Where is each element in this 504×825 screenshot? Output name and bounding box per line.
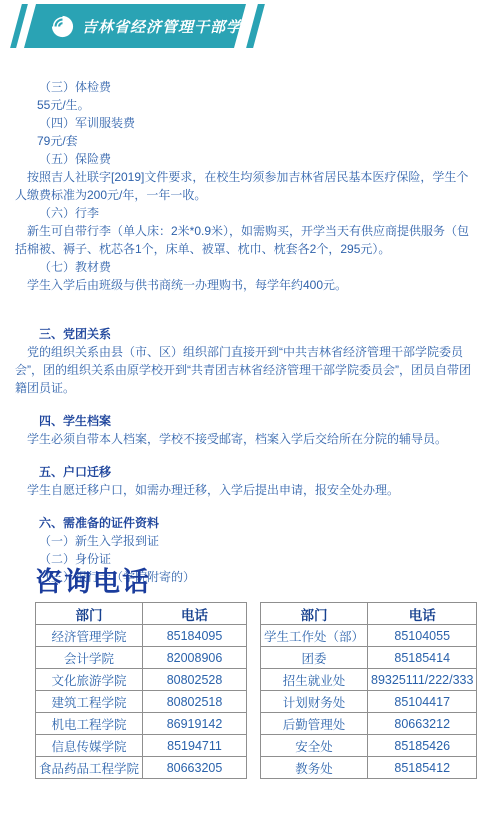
banner-stripe-left — [10, 4, 28, 48]
phone-table: 部门电话学生工作处（部）85104055团委85185414招生就业处89325… — [260, 602, 477, 779]
table-row: 教务处85185412 — [261, 757, 477, 779]
phone-cell: 85185412 — [368, 757, 477, 779]
phone-cell: 89325111/222/333 — [368, 669, 477, 691]
text-line — [15, 397, 477, 412]
phone-table: 部门电话经济管理学院85184095会计学院82008906文化旅游学院8080… — [35, 602, 247, 779]
department-cell: 信息传媒学院 — [36, 735, 143, 757]
text-line: （三）体检费 — [15, 78, 477, 96]
phone-cell: 85104417 — [368, 691, 477, 713]
department-cell: 后勤管理处 — [261, 713, 368, 735]
phone-cell: 80802518 — [143, 691, 247, 713]
text-line: 79元/套 — [15, 132, 477, 150]
section-heading: 四、学生档案 — [15, 412, 477, 430]
phone-cell: 85185426 — [368, 735, 477, 757]
phone-cell: 85194711 — [143, 735, 247, 757]
text-line: 学生必须自带本人档案，学校不接受邮寄，档案入学后交给所在分院的辅导员。 — [15, 430, 477, 448]
body-text: （三）体检费55元/生。（四）军训服装费79元/套（五）保险费按照吉人社联字[2… — [15, 78, 477, 586]
table-row: 机电工程学院86919142 — [36, 713, 247, 735]
text-line: 新生可自带行李（单人床：2米*0.9米），如需购买，开学当天有供应商提供服务（包… — [15, 222, 477, 258]
column-header: 部门 — [261, 603, 368, 625]
section-heading: 六、需准备的证件资料 — [15, 514, 477, 532]
department-cell: 教务处 — [261, 757, 368, 779]
school-logo-icon — [50, 14, 75, 39]
table-row: 招生就业处89325111/222/333 — [261, 669, 477, 691]
table-row: 经济管理学院85184095 — [36, 625, 247, 647]
department-cell: 经济管理学院 — [36, 625, 143, 647]
phone-cell: 80663205 — [143, 757, 247, 779]
text-line: （一）新生入学报到证 — [15, 532, 477, 550]
table-header-row: 部门电话 — [261, 603, 477, 625]
department-cell: 文化旅游学院 — [36, 669, 143, 691]
phone-tables: 部门电话经济管理学院85184095会计学院82008906文化旅游学院8080… — [35, 602, 477, 779]
department-cell: 建筑工程学院 — [36, 691, 143, 713]
text-line: 学生自愿迁移户口，如需办理迁移，入学后提出申请，报安全处办理。 — [15, 481, 477, 499]
table-row: 计划财务处85104417 — [261, 691, 477, 713]
department-cell: 招生就业处 — [261, 669, 368, 691]
phone-cell: 86919142 — [143, 713, 247, 735]
table-row: 会计学院82008906 — [36, 647, 247, 669]
phone-cell: 82008906 — [143, 647, 247, 669]
phone-cell: 85185414 — [368, 647, 477, 669]
banner-main: 吉林省经济管理干部学院 — [24, 4, 246, 48]
section-heading: 五、户口迁移 — [15, 463, 477, 481]
table-row: 后勤管理处80663212 — [261, 713, 477, 735]
department-cell: 安全处 — [261, 735, 368, 757]
text-line: （五）保险费 — [15, 150, 477, 168]
text-line: （七）教材费 — [15, 258, 477, 276]
text-line: 按照吉人社联字[2019]文件要求，在校生均须参加吉林省居民基本医疗保险，学生个… — [15, 168, 477, 204]
department-cell: 会计学院 — [36, 647, 143, 669]
table-row: 学生工作处（部）85104055 — [261, 625, 477, 647]
phone-cell: 80663212 — [368, 713, 477, 735]
section-heading: 三、党团关系 — [15, 325, 477, 343]
column-header: 电话 — [143, 603, 247, 625]
text-line: 学生入学后由班级与供书商统一办理购书，每学年约400元。 — [15, 276, 477, 294]
phone-cell: 85104055 — [368, 625, 477, 647]
department-cell: 机电工程学院 — [36, 713, 143, 735]
text-line: 55元/生。 — [15, 96, 477, 114]
column-header: 部门 — [36, 603, 143, 625]
phone-section-title: 咨询电话 — [35, 560, 151, 599]
school-name: 吉林省经济管理干部学院 — [82, 16, 258, 37]
text-line: （六）行李 — [15, 204, 477, 222]
phone-cell: 85184095 — [143, 625, 247, 647]
table-header-row: 部门电话 — [36, 603, 247, 625]
text-line — [15, 448, 477, 463]
text-line: 党的组织关系由县（市、区）组织部门直接开到“中共吉林省经济管理干部学院委员会”，… — [15, 343, 477, 397]
table-row: 文化旅游学院80802528 — [36, 669, 247, 691]
department-cell: 学生工作处（部） — [261, 625, 368, 647]
text-line: （四）军训服装费 — [15, 114, 477, 132]
phone-cell: 80802528 — [143, 669, 247, 691]
column-header: 电话 — [368, 603, 477, 625]
table-row: 团委85185414 — [261, 647, 477, 669]
department-cell: 计划财务处 — [261, 691, 368, 713]
department-cell: 团委 — [261, 647, 368, 669]
text-line — [15, 499, 477, 514]
table-row: 安全处85185426 — [261, 735, 477, 757]
department-cell: 食品药品工程学院 — [36, 757, 143, 779]
banner-stripe-right — [246, 4, 265, 48]
text-line — [15, 294, 477, 325]
table-row: 食品药品工程学院80663205 — [36, 757, 247, 779]
table-row: 信息传媒学院85194711 — [36, 735, 247, 757]
table-row: 建筑工程学院80802518 — [36, 691, 247, 713]
